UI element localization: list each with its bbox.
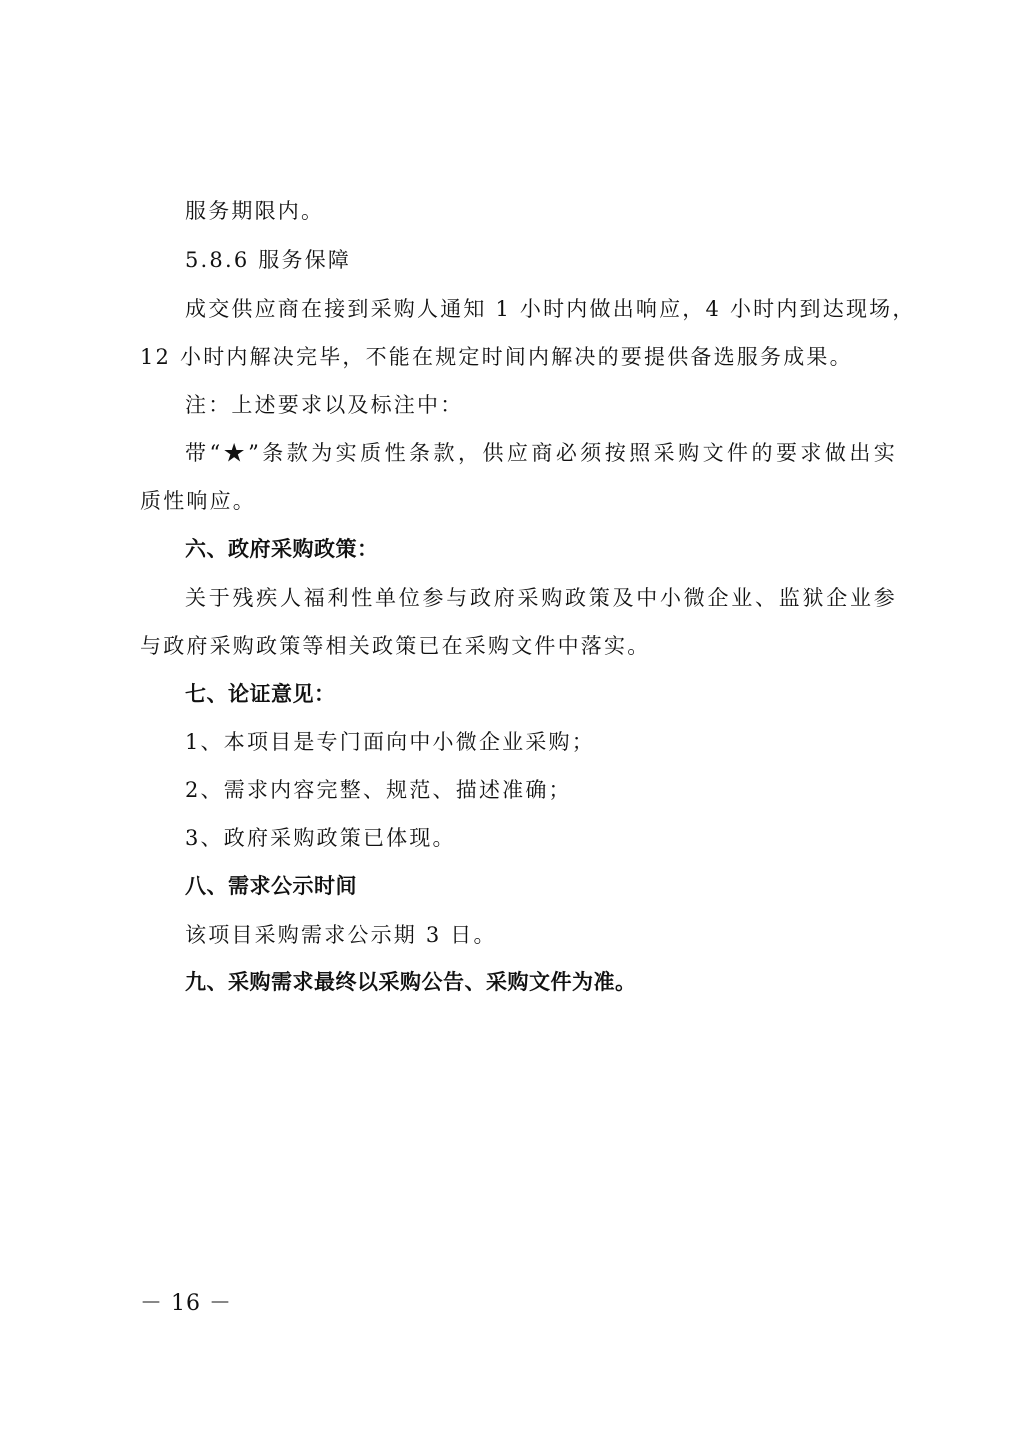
- list-item: 2、需求内容完整、规范、描述准确；: [185, 777, 572, 803]
- section-heading-8: 八、需求公示时间: [185, 873, 357, 899]
- paragraph-line: 关于残疾人福利性单位参与政府采购政策及中小微企业、监狱企业参: [185, 585, 897, 611]
- paragraph-line: 质性响应。: [140, 488, 256, 514]
- paragraph-line: 成交供应商在接到采购人通知 1 小时内做出响应，4 小时内到达现场，: [185, 296, 897, 322]
- paragraph-line: 12 小时内解决完毕，不能在规定时间内解决的要提供备选服务成果。: [140, 344, 853, 370]
- paragraph-line: 带“★”条款为实质性条款，供应商必须按照采购文件的要求做出实: [185, 440, 897, 466]
- page-number: － 16 －: [140, 1286, 232, 1317]
- paragraph-line: 该项目采购需求公示期 3 日。: [185, 922, 497, 948]
- section-heading-5-8-6: 5.8.6 服务保障: [185, 247, 351, 273]
- section-heading-6: 六、政府采购政策：: [185, 536, 379, 562]
- list-item: 1、本项目是专门面向中小微企业采购；: [185, 729, 595, 755]
- note-line: 注：上述要求以及标注中：: [185, 392, 463, 418]
- section-heading-7: 七、论证意见：: [185, 681, 336, 707]
- section-heading-9: 九、采购需求最终以采购公告、采购文件为准。: [185, 969, 637, 995]
- paragraph-line: 与政府采购政策等相关政策已在采购文件中落实。: [140, 633, 650, 659]
- list-item: 3、政府采购政策已体现。: [185, 825, 456, 851]
- paragraph-line: 服务期限内。: [185, 198, 324, 224]
